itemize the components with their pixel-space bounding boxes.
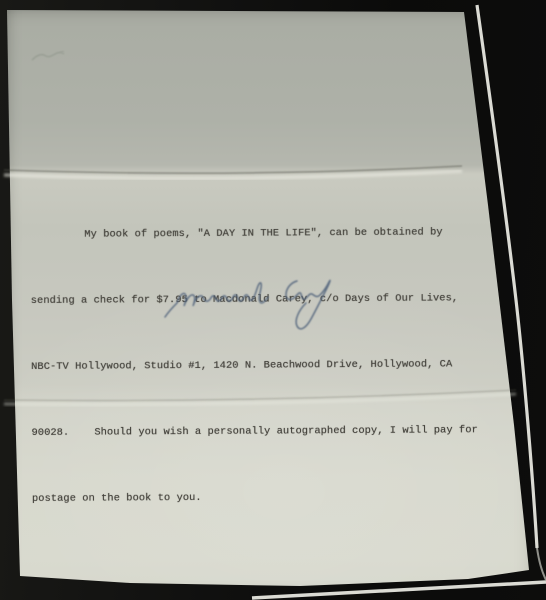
letter-line: NBC-TV Hollywood, Studio #1, 1420 N. Bea… (31, 353, 501, 378)
letter-line: postage on the book to you. (32, 485, 502, 510)
letter-line: sending a check for $7.95 to Macdonald C… (31, 287, 501, 312)
photo-stage: My book of poems, "A DAY IN THE LIFE", c… (0, 0, 546, 600)
letter-paper: My book of poems, "A DAY IN THE LIFE", c… (0, 0, 546, 600)
letter-line: My book of poems, "A DAY IN THE LIFE", c… (30, 221, 500, 246)
letter-body: My book of poems, "A DAY IN THE LIFE", c… (30, 177, 502, 554)
letter-line: 90028. Should you wish a personally auto… (31, 419, 501, 444)
